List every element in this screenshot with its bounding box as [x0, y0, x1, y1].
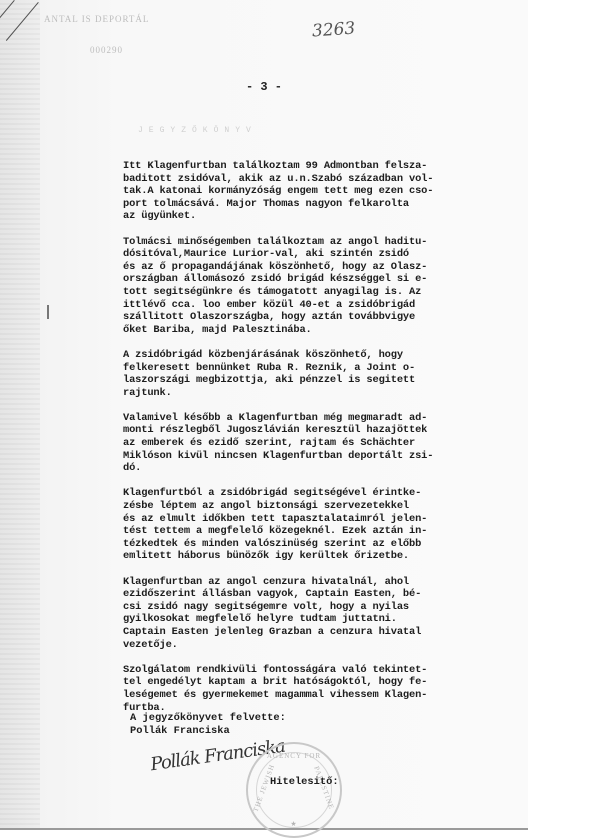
recorded-by-label: A jegyzőkönyvet felvette:: [130, 712, 286, 724]
margin-slash-mark: [0, 0, 15, 47]
paragraph: Szolgálatom rendkivüli fontosságára való…: [123, 664, 513, 714]
organization-stamp: AGENCY FOR THE JEWISH PALESTINE ★: [246, 742, 342, 838]
stamp-top-text: AGENCY FOR: [248, 752, 340, 760]
faded-header-line: 000290: [90, 45, 123, 55]
margin-slash-mark: [6, 2, 39, 41]
faded-title: JEGYZŐKÖNYV: [138, 126, 257, 135]
document-page: ANTAL IS DEPORTÁL 000290 3263 - 3 - JEGY…: [0, 0, 528, 830]
paragraph: Itt Klagenfurtban találkoztam 99 Admontb…: [123, 160, 513, 223]
certified-label: Hitelesitő:: [270, 776, 339, 788]
document-body: Itt Klagenfurtban találkoztam 99 Admontb…: [123, 160, 513, 727]
recorder-name: Pollák Franciska: [130, 725, 230, 737]
paragraph: A zsidóbrigád közbenjárásának köszönhető…: [123, 349, 513, 399]
paragraph: Klagenfurtból a zsidóbrigád segitségével…: [123, 487, 513, 563]
page-number: - 3 -: [0, 80, 528, 94]
paragraph: Valamivel később a Klagenfurtban még meg…: [123, 412, 513, 475]
archive-number: 3263: [311, 19, 356, 42]
recorder-block: A jegyzőkönyvet felvette: Pollák Francis…: [130, 712, 286, 737]
paragraph: Tolmácsi minőségemben találkoztam az ang…: [123, 236, 513, 337]
paragraph: Klagenfurtban az angol cenzura hivatalná…: [123, 576, 513, 652]
faded-header-line: ANTAL IS DEPORTÁL: [44, 14, 149, 24]
stamp-star-icon: ★: [248, 820, 340, 828]
margin-mark: [47, 305, 49, 319]
